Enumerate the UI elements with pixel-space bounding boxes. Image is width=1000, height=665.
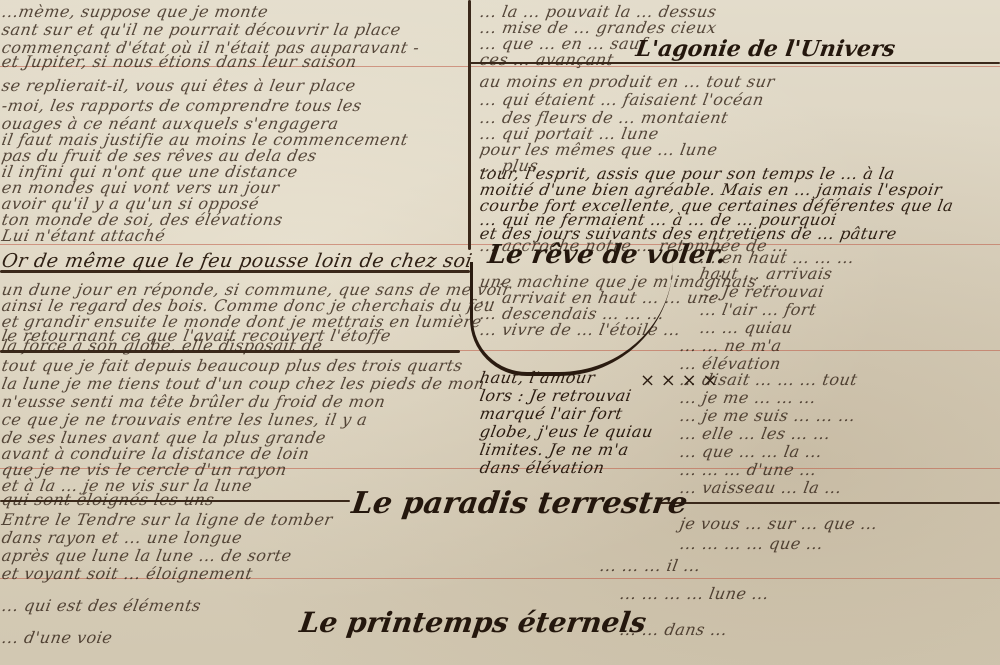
text-line: ... ... ... ... que ... [678, 534, 825, 553]
text-line: la lune je me tiens tout d'un coup chez … [0, 374, 486, 393]
text-line: sant sur et qu'il ne pourrait découvrir … [0, 20, 402, 39]
text-line: qui sont éloignés les uns [0, 490, 216, 509]
text-line: ... Je retrouvai [698, 282, 825, 301]
text-line: Lui n'étant attaché [0, 226, 167, 245]
text-line: ... d'une voie [0, 628, 114, 647]
text-line: globe, j'eus le quiau [478, 422, 654, 441]
text-line: ... ... ... d'une ... [678, 460, 818, 479]
text-line: ... l'air ... fort [698, 300, 818, 319]
manuscript-page: ...mème, suppose que je monte sant sur e… [0, 0, 1000, 665]
heading-agonie-univers: L'agonie de l'Univers [634, 36, 897, 62]
text-line: ... vivre de ... l'étoile ... [478, 320, 682, 339]
text-line: ... ... ne m'a [678, 336, 783, 355]
text-line: haut, l'amour [478, 368, 596, 387]
text-line: et Jupiter, si nous étions dans leur sai… [0, 52, 358, 71]
text-line: dans élévation [478, 458, 606, 477]
text-line: se replierait-il, vous qui êtes à leur p… [0, 76, 357, 95]
text-line: ... elle ... les ... ... [678, 424, 832, 443]
text-line: la force à son globe, elle disposait de [0, 336, 324, 355]
text-line: n'eusse senti ma tête brûler du froid de… [0, 392, 387, 411]
text-line: marqué l'air fort [478, 404, 624, 423]
text-line: ... je me suis ... ... ... [678, 406, 857, 425]
text-line: Or de même que le feu pousse loin de che… [0, 250, 474, 272]
heading-reve-de-voler: Le rêve de voler. [486, 240, 728, 270]
text-line: ce que je ne trouvais entre les lunes, i… [0, 410, 369, 429]
ink-rule [660, 502, 1000, 504]
text-line: lors : Je retrouvai [478, 386, 633, 405]
text-line: après que lune la lune ... de sorte [0, 546, 293, 565]
text-line: ... ... ... il ... [598, 556, 702, 575]
text-line: ... ... quiau [698, 318, 794, 337]
heading-paradis-terrestre: Le paradis terrestre [350, 486, 690, 521]
text-line: ... que ... ... la ... [678, 442, 823, 461]
text-line: ... qui est des éléments [0, 596, 202, 615]
text-line: ... vaisseau ... la ... [678, 478, 843, 497]
text-line: et voyant soit ... éloignement [0, 564, 254, 583]
margin-cross-marks: × × × × [640, 372, 718, 389]
text-line: je vous ... sur ... que ... [678, 514, 879, 533]
text-line: tout que je fait depuis beaucoup plus de… [0, 356, 464, 375]
text-line: dans rayon et ... une longue [0, 528, 244, 547]
text-line: ... qui étaient ... faisaient l'océan [478, 90, 765, 109]
text-line: -moi, les rapports de comprendre tous le… [0, 96, 363, 115]
text-line: ces ... avançant [478, 50, 615, 69]
text-line: Entre le Tendre sur la ligne de tomber [0, 510, 334, 529]
ink-vertical-rule [468, 0, 471, 250]
text-line: au moins en produit en ... tout sur [478, 72, 776, 91]
text-line: ... ... ... ... lune ... [618, 584, 770, 603]
text-line: limites. Je ne m'a [478, 440, 630, 459]
text-line: ...mème, suppose que je monte [0, 2, 270, 21]
heading-printemps-eternels: Le printemps éternels [298, 606, 649, 639]
